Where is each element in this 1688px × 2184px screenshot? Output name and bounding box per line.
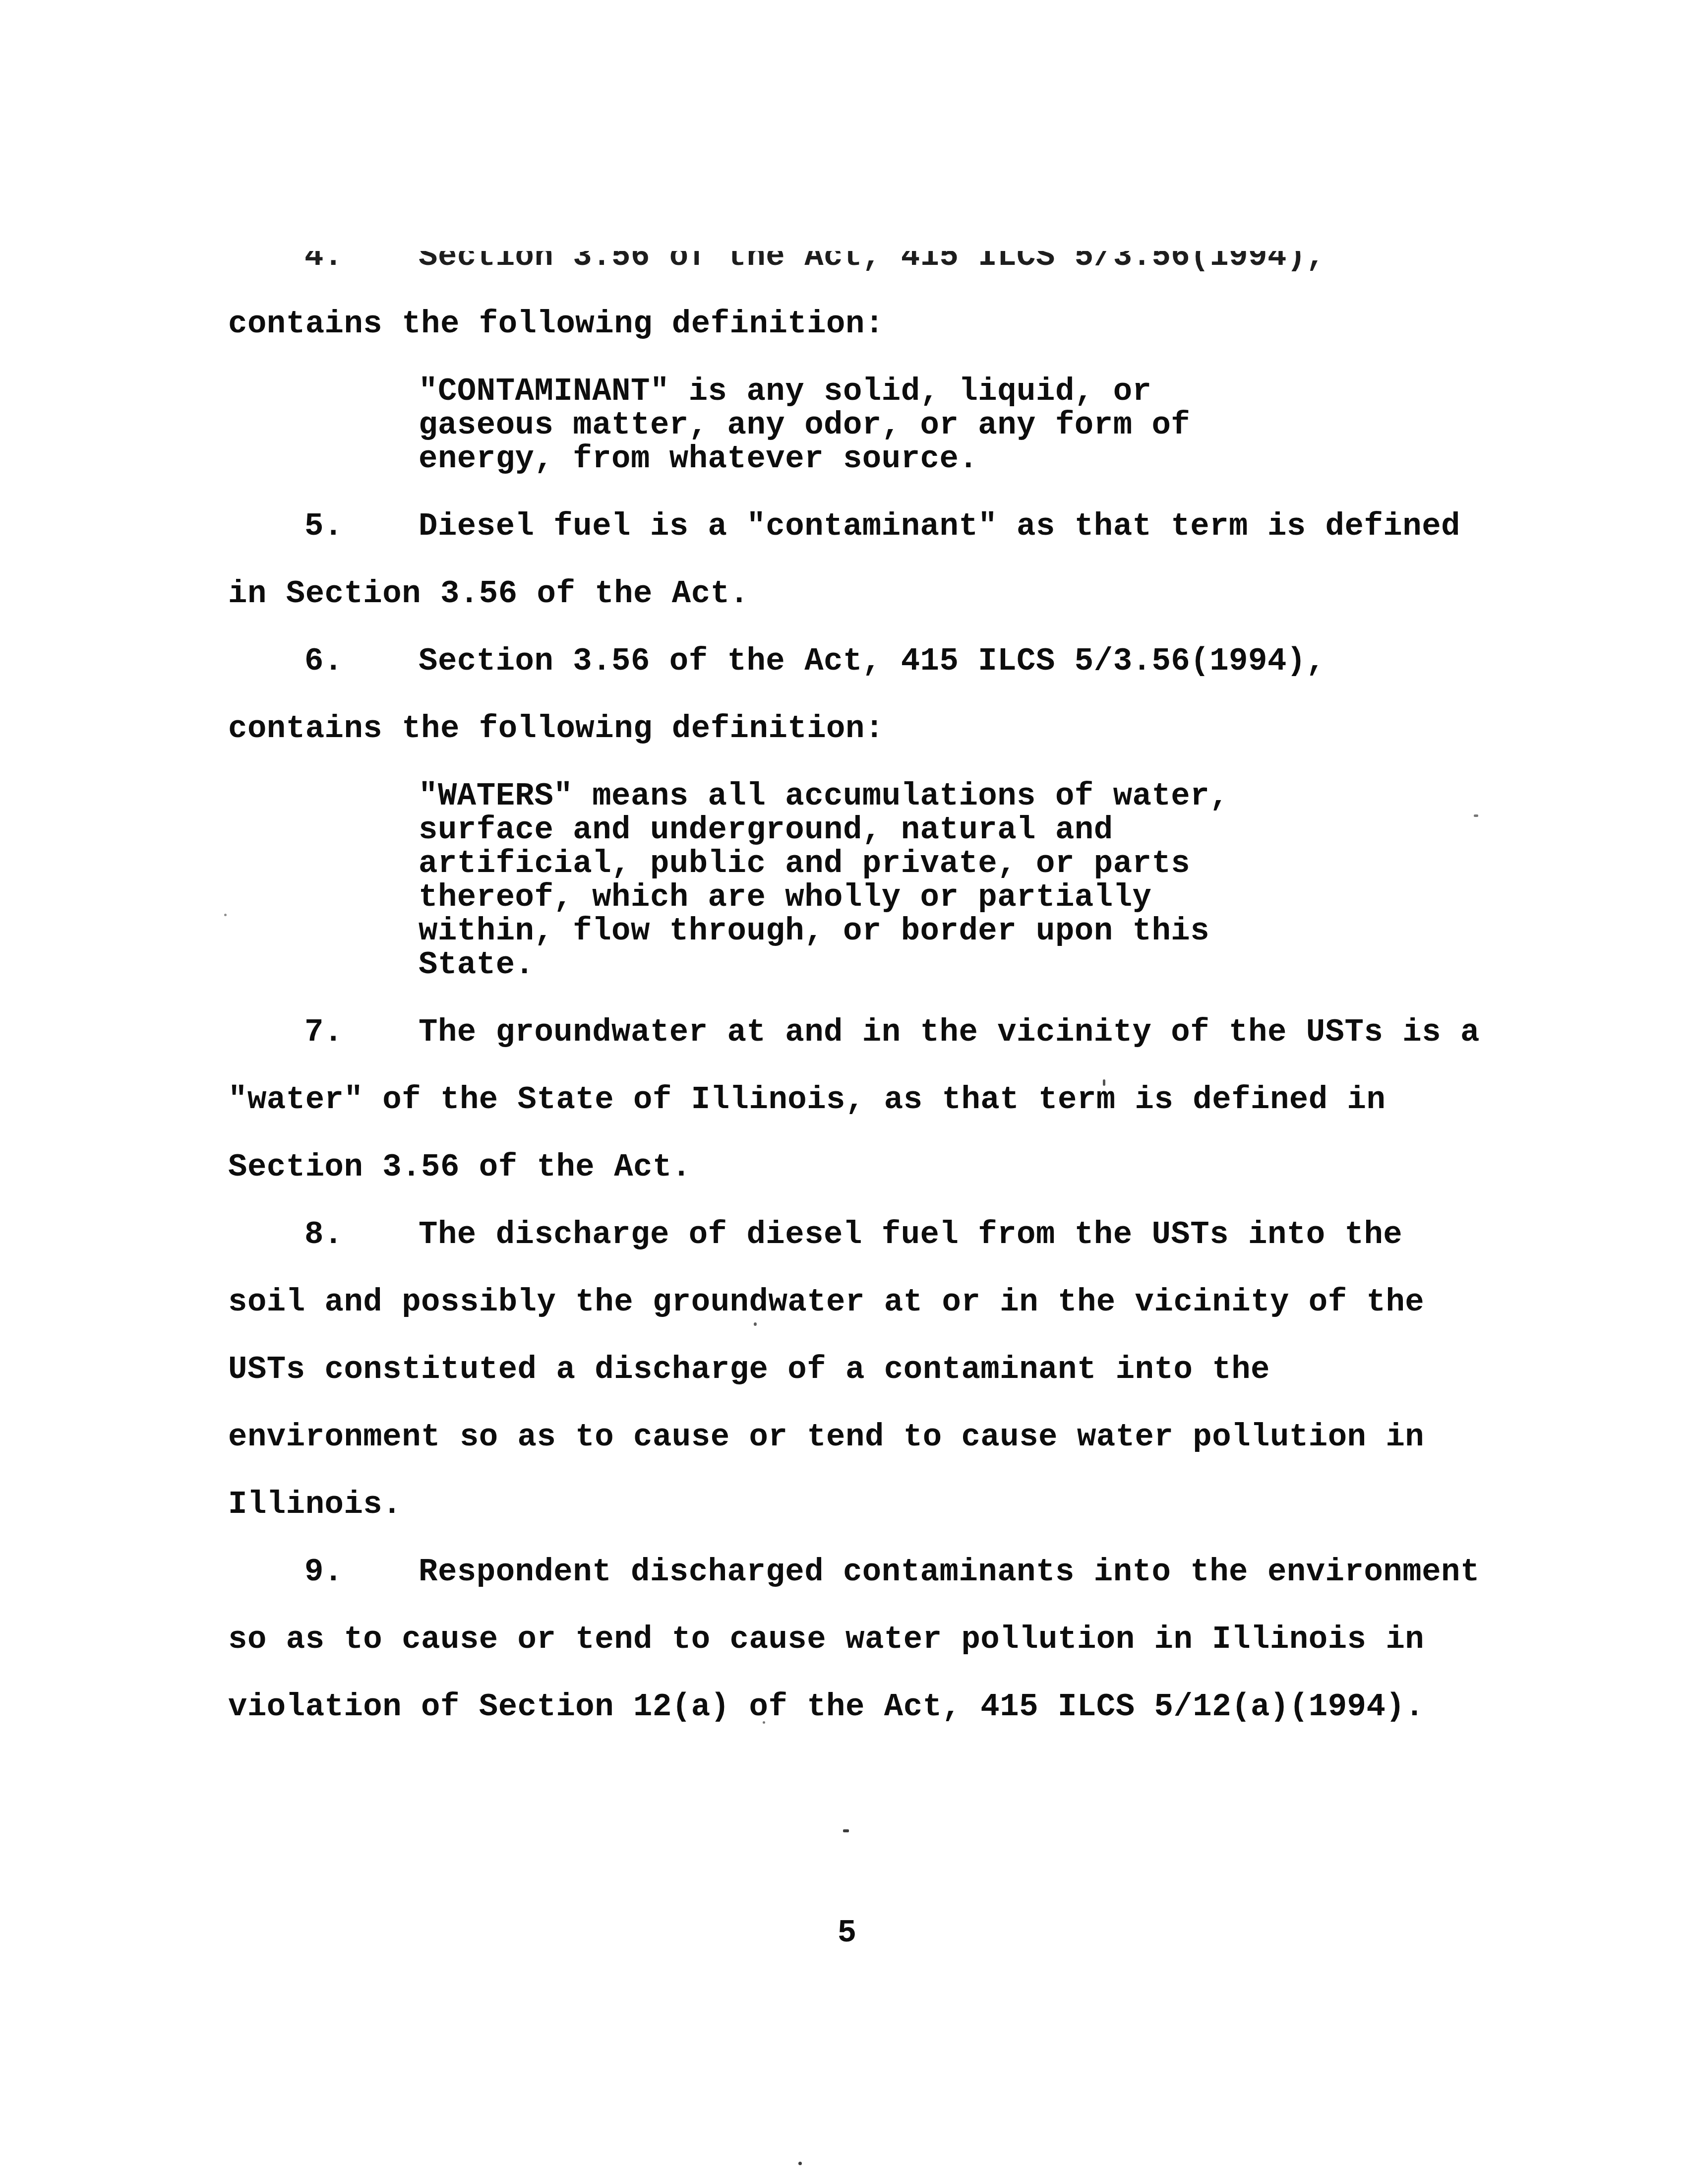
- paragraph-text: Respondent discharged contaminants into …: [419, 1555, 1480, 1590]
- page-number: 5: [228, 1900, 1466, 1967]
- quote-line: State.: [228, 948, 1517, 982]
- text-line: soil and possibly the groundwater at or …: [228, 1269, 1517, 1336]
- text-line: contains the following definition:: [228, 695, 1517, 763]
- scan-artifact: [843, 1829, 849, 1832]
- paragraph-text: The discharge of diesel fuel from the US…: [419, 1217, 1402, 1253]
- paragraph-number: 9.: [304, 1539, 419, 1606]
- quote-line: gaseous matter, any odor, or any form of: [228, 409, 1517, 442]
- text-line: so as to cause or tend to cause water po…: [228, 1606, 1517, 1674]
- paragraph-number: 7.: [304, 999, 419, 1066]
- paragraph-9-first-line: 9.Respondent discharged contaminants int…: [228, 1539, 1517, 1606]
- paragraph-number: 6.: [304, 628, 419, 695]
- paragraph-text: Section 3.56 of the Act, 415 ILCS 5/3.56…: [419, 239, 1326, 275]
- paragraph-5-first-line: 5.Diesel fuel is a "contaminant" as that…: [228, 493, 1517, 561]
- paragraph-number: 5.: [304, 493, 419, 561]
- text-line: Illinois.: [228, 1471, 1517, 1539]
- blockquote-definition: "WATERS" means all accumulations of wate…: [228, 780, 1517, 982]
- paragraph-6-first-line: 6.Section 3.56 of the Act, 415 ILCS 5/3.…: [228, 628, 1517, 695]
- paragraph-7-first-line: 7.The groundwater at and in the vicinity…: [228, 999, 1517, 1066]
- scan-artifact: [763, 1721, 765, 1724]
- text-line: "water" of the State of Illinois, as tha…: [228, 1066, 1517, 1134]
- text-line: violation of Section 12(a) of the Act, 4…: [228, 1674, 1517, 1741]
- text-line: environment so as to cause or tend to ca…: [228, 1404, 1517, 1471]
- paragraph-text: The groundwater at and in the vicinity o…: [419, 1015, 1480, 1051]
- quote-line: artificial, public and private, or parts: [228, 847, 1517, 881]
- quote-line: energy, from whatever source.: [228, 442, 1517, 476]
- paragraph-text: Section 3.56 of the Act, 415 ILCS 5/3.56…: [419, 644, 1326, 680]
- scan-artifact: [1103, 1079, 1105, 1086]
- text-line: USTs constituted a discharge of a contam…: [228, 1336, 1517, 1404]
- paragraph-number: 8.: [304, 1201, 419, 1269]
- blockquote-definition: "CONTAMINANT" is any solid, liquid, orga…: [228, 375, 1517, 476]
- scan-artifact: [1474, 814, 1478, 817]
- quote-line: thereof, which are wholly or partially: [228, 881, 1517, 915]
- quote-line: within, flow through, or border upon thi…: [228, 915, 1517, 948]
- scan-artifact: [754, 1322, 757, 1326]
- scan-artifact: [224, 914, 227, 916]
- document-text-column: 4.Section 3.56 of the Act, 415 ILCS 5/3.…: [228, 223, 1517, 1967]
- quote-line: surface and underground, natural and: [228, 813, 1517, 847]
- paragraph-text: Diesel fuel is a "contaminant" as that t…: [419, 509, 1460, 545]
- quote-line: "CONTAMINANT" is any solid, liquid, or: [228, 375, 1517, 409]
- quote-line: "WATERS" means all accumulations of wate…: [228, 780, 1517, 813]
- paragraph-8-first-line: 8.The discharge of diesel fuel from the …: [228, 1201, 1517, 1269]
- paragraph-4-first-line: 4.Section 3.56 of the Act, 415 ILCS 5/3.…: [228, 223, 1517, 291]
- paragraph-number: 4.: [304, 223, 419, 291]
- text-line: Section 3.56 of the Act.: [228, 1134, 1517, 1201]
- document-page: 4.Section 3.56 of the Act, 415 ILCS 5/3.…: [0, 0, 1688, 2184]
- text-line: in Section 3.56 of the Act.: [228, 561, 1517, 628]
- text-line: contains the following definition:: [228, 291, 1517, 358]
- scan-artifact: [798, 2162, 802, 2165]
